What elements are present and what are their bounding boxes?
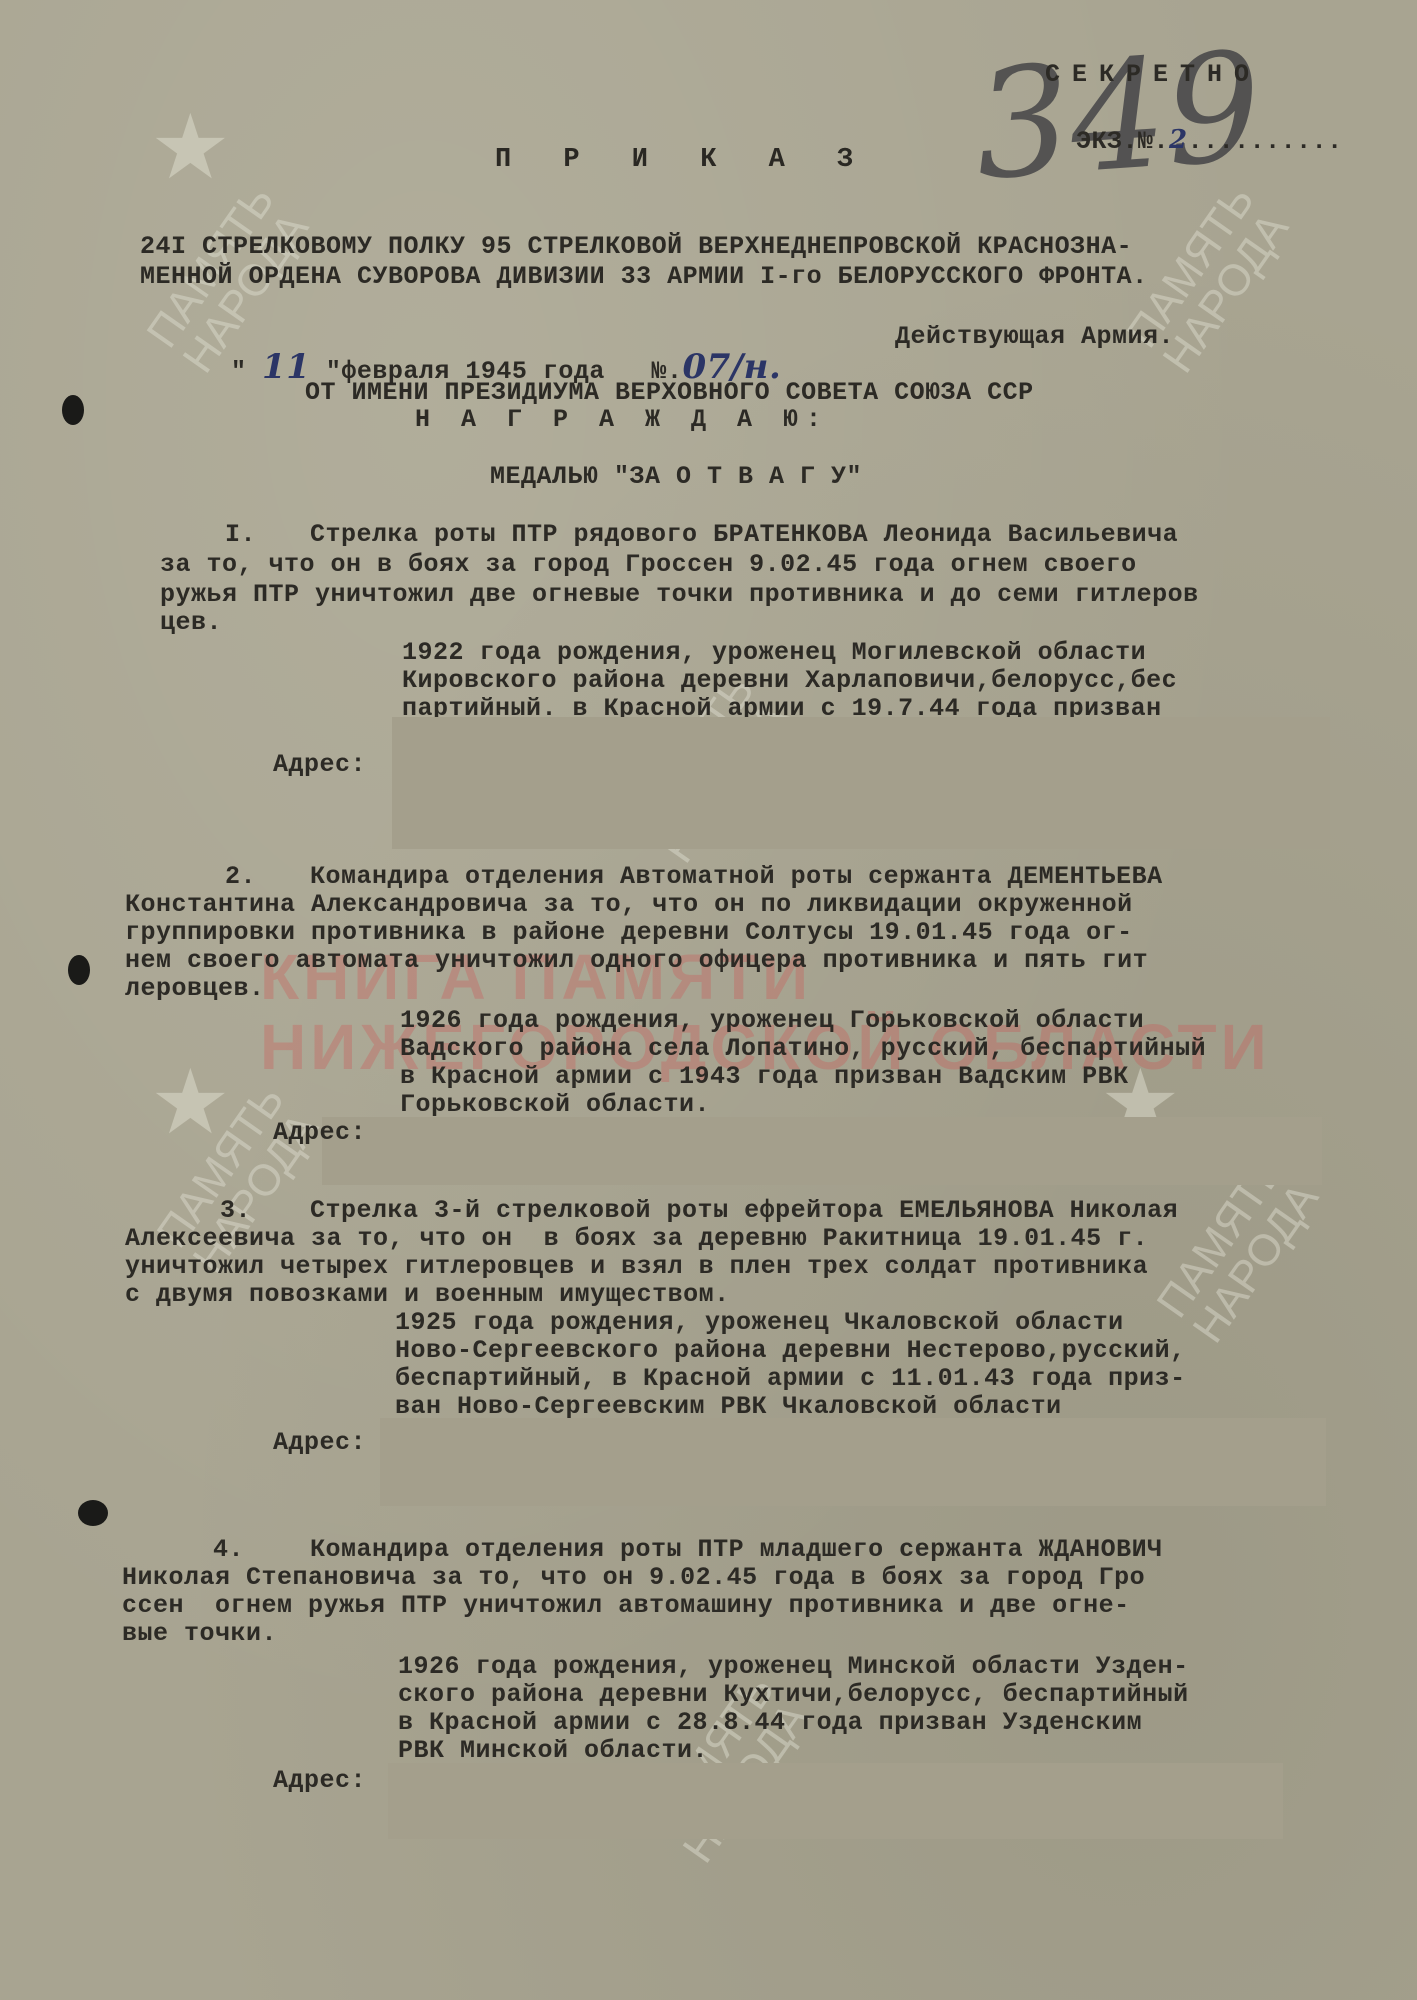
copy-number: 2	[1169, 125, 1188, 155]
entry-2-citation: нем своего автомата уничтожил одного офи…	[125, 946, 1148, 975]
copy-dots: ..........	[1188, 127, 1343, 156]
entry-1-citation: Стрелка роты ПТР рядового БРАТЕНКОВА Лео…	[310, 520, 1178, 549]
entry-4-bio: РВК Минской области.	[398, 1736, 708, 1765]
entry-1-redacted-address	[392, 717, 1330, 849]
entry-1-bio: Кировского района деревни Харлаповичи,бе…	[402, 666, 1177, 695]
copy-number-line: ЭКЗ.№.2..........	[1045, 96, 1343, 156]
entry-2-citation: группировки противника в районе деревни …	[125, 918, 1133, 947]
entry-3-bio: беспартийный, в Красной армии с 11.01.43…	[395, 1364, 1186, 1393]
entry-4-number: 4.	[213, 1535, 244, 1564]
star-watermark-icon: ★	[150, 95, 231, 200]
order-day: 11	[262, 347, 310, 387]
entry-4-citation: Командира отделения роты ПТР младшего се…	[310, 1535, 1163, 1564]
entry-1-citation: цев.	[160, 608, 222, 637]
entry-1-citation: ружья ПТР уничтожил две огневые точки пр…	[160, 580, 1199, 609]
entry-4-redacted-address	[388, 1763, 1283, 1839]
punch-hole	[68, 955, 90, 985]
entry-3-citation: с двумя повозками и военным имуществом.	[125, 1280, 730, 1309]
entry-4-citation: вые точки.	[122, 1619, 277, 1648]
entry-1-number: I.	[225, 520, 256, 549]
entry-2-bio: Горьковской области.	[400, 1090, 710, 1119]
entry-2-bio: 1926 года рождения, уроженец Горьковской…	[400, 1006, 1144, 1035]
unit-line-2: МЕННОЙ ОРДЕНА СУВОРОВА ДИВИЗИИ 33 АРМИИ …	[140, 262, 1148, 291]
document-title: П Р И К А З	[495, 145, 871, 175]
unit-line-1: 24I СТРЕЛКОВОМУ ПОЛКУ 95 СТРЕЛКОВОЙ ВЕРХ…	[140, 232, 1132, 261]
entry-3-bio: 1925 года рождения, уроженец Чкаловской …	[395, 1308, 1124, 1337]
entry-3-bio: Ново-Сергеевского района деревни Нестеро…	[395, 1336, 1186, 1365]
entry-2-citation: Константина Александровича за то, что он…	[125, 890, 1133, 919]
medal-name: МЕДАЛЬЮ "ЗА О Т В А Г У"	[490, 462, 862, 491]
entry-3-citation: уничтожил четырех гитлеровцев и взял в п…	[125, 1252, 1148, 1281]
entry-4-citation: Николая Степановича за то, что он 9.02.4…	[122, 1563, 1145, 1592]
location: Действующая Армия.	[895, 322, 1174, 351]
entry-3-citation: Алексеевича за то, что он в боях за дере…	[125, 1224, 1148, 1253]
entry-3-address-label: Адрес:	[273, 1428, 366, 1457]
entry-3-bio: ван Ново-Сергеевским РВК Чкаловской обла…	[395, 1392, 1062, 1421]
entry-1-address-label: Адрес:	[273, 750, 366, 779]
preamble-line-2: Н А Г Р А Ж Д А Ю:	[415, 405, 829, 434]
classification-stamp: СЕКРЕТНО	[1045, 60, 1261, 89]
copy-label: ЭКЗ.№.	[1076, 127, 1169, 156]
entry-2-citation: Командира отделения Автоматной роты серж…	[310, 862, 1163, 891]
preamble-line-1: ОТ ИМЕНИ ПРЕЗИДИУМА ВЕРХОВНОГО СОВЕТА СО…	[305, 378, 1034, 407]
entry-2-bio: в Красной армии с 1943 года призван Вадс…	[400, 1062, 1129, 1091]
entry-3-redacted-address	[380, 1418, 1326, 1506]
entry-4-bio: ского района деревни Кухтичи,белорусс, б…	[398, 1680, 1189, 1709]
punch-hole	[78, 1500, 108, 1526]
entry-2-citation: леровцев.	[125, 974, 265, 1003]
entry-3-citation: Стрелка 3-й стрелковой роты ефрейтора ЕМ…	[310, 1196, 1178, 1225]
entry-1-bio: 1922 года рождения, уроженец Могилевской…	[402, 638, 1146, 667]
entry-2-address-label: Адрес:	[273, 1118, 366, 1147]
entry-4-address-label: Адрес:	[273, 1766, 366, 1795]
entry-4-bio: в Красной армии с 28.8.44 года призван У…	[398, 1708, 1142, 1737]
punch-hole	[62, 395, 84, 425]
entry-4-bio: 1926 года рождения, уроженец Минской обл…	[398, 1652, 1189, 1681]
entry-2-number: 2.	[225, 862, 256, 891]
entry-1-citation: за то, что он в боях за город Гроссен 9.…	[160, 550, 1137, 579]
entry-3-number: 3.	[220, 1196, 251, 1225]
entry-2-bio: Вадского района села Лопатино, русский, …	[400, 1034, 1206, 1063]
entry-4-citation: ссен огнем ружья ПТР уничтожил автомашин…	[122, 1591, 1130, 1620]
entry-2-redacted-address	[322, 1117, 1322, 1185]
order-date-line: " 11 "февраля 1945 года №.07/н.	[200, 318, 781, 387]
